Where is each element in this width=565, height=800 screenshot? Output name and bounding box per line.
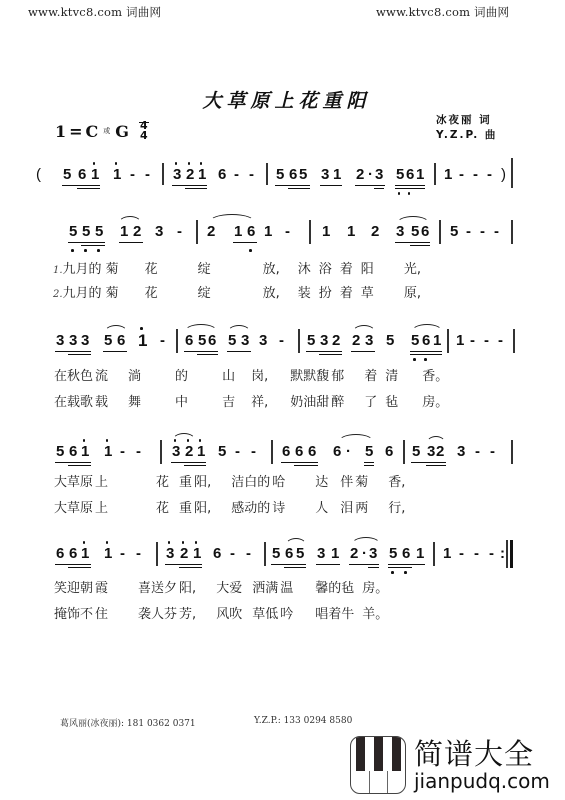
key-c: C (86, 122, 99, 141)
key-or: 或 (103, 126, 110, 136)
time-signature: 4 4 (140, 121, 148, 141)
score-line-2: 333 56 1 - 656 53 3- 532 23 5 561 1 --- (0, 332, 565, 368)
time-sig-line (139, 122, 149, 123)
lyrics-line1-verse2: 2.九月的菊花绽放,装扮着草原, (53, 286, 421, 303)
lyrics-line2-verse2: 在载歌载舞中吉祥,奶油甜醉了毡房。 (54, 395, 448, 411)
key-g: G (115, 122, 129, 141)
intro-open-paren: ( (36, 166, 41, 184)
watermark-right: www.ktvc8.com 词曲网 (376, 4, 509, 20)
time-sig-bottom: 4 (140, 131, 148, 141)
key-signature: 1 = C 或 G 4 4 (55, 121, 148, 141)
contact-lyricist: 葛风丽(冰夜丽): 181 0362 0371 (60, 716, 196, 729)
piano-keys-icon (350, 736, 406, 794)
lyrics-line3-verse1: 大草原上花重阳,洁白的哈达伴菊香, (54, 475, 405, 491)
key-one: 1 (55, 122, 66, 141)
key-equals: = (69, 122, 82, 141)
logo-chinese-text: 简谱大全 (414, 732, 534, 773)
score-line-3: 561 1 -- 3 2 1 5 -- 666 6· 5 6 5 32 3 -- (0, 443, 565, 479)
lyrics-line3-verse2: 大草原上花重阳,感动的诗人泪两行, (54, 501, 405, 517)
lyricist-credit: 冰夜丽 词 (436, 113, 497, 128)
intro-close-paren: ) (501, 166, 506, 184)
score-line-4: 661 1 -- 3 2 1 6 -- 5 65 31 2·3 561 1 --… (0, 545, 565, 581)
credits: 冰夜丽 词 Y.Z.P. 曲 (436, 113, 497, 143)
lyrics-line4-verse2: 掩饰不住袭人芬芳,风吹草低吟唱着牛羊。 (54, 607, 388, 623)
composer-credit: Y.Z.P. 曲 (436, 128, 497, 143)
contact-composer: Y.Z.P.: 133 0294 8580 (254, 716, 352, 726)
score-intro-row: ( 561 1 -- 3 2 1 6 -- 565 31 2·3 561 1 -… (0, 166, 565, 202)
lyrics-line1-verse1: 1.九月的菊花绽放,沐浴着阳光, (53, 262, 421, 279)
lyrics-line4-verse1: 笑迎朝霞喜送夕阳,大爱洒满温馨的毡房。 (54, 581, 388, 597)
song-title: 大草原上花重阳 (0, 86, 565, 113)
lyrics-line2-verse1: 在秋色流淌的山岗,默默馥郁着清香。 (54, 369, 448, 385)
jianpudq-logo[interactable]: 简谱大全 jianpudq.com (346, 732, 560, 796)
score-line-1: 555 12 3- 2 16 1- 112 356 5 --- (0, 223, 565, 259)
watermark-left: www.ktvc8.com 词曲网 (28, 4, 161, 20)
logo-url-text: jianpudq.com (414, 769, 550, 793)
